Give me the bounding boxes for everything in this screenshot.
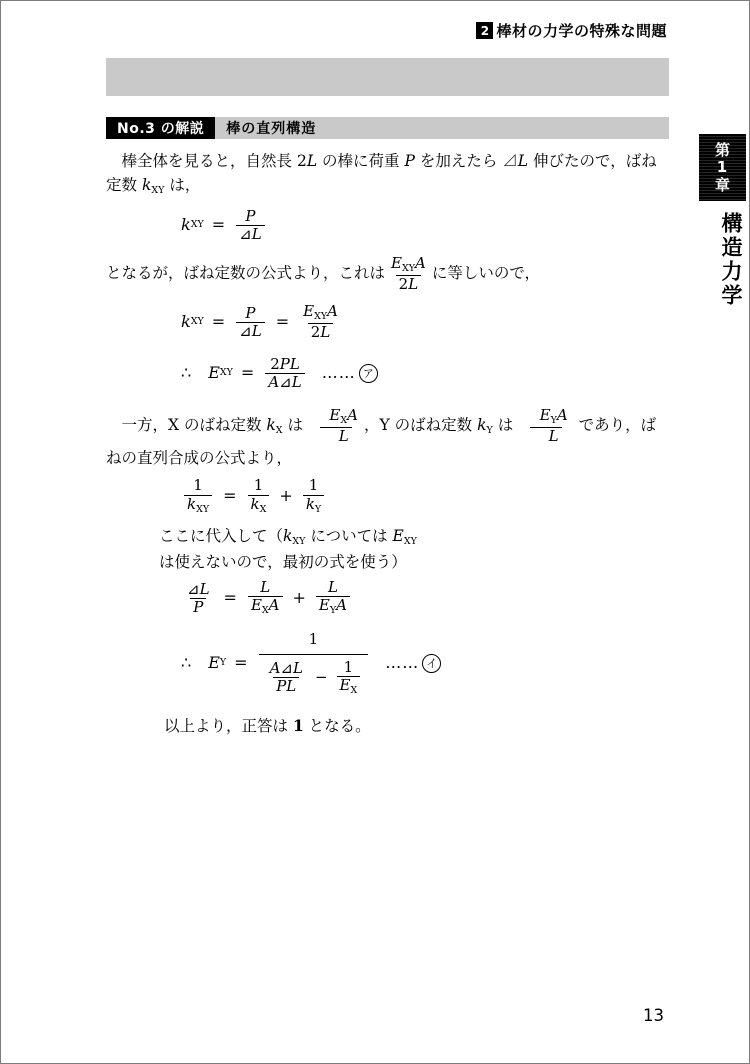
math-var: A [269, 596, 280, 614]
text-run: は， [164, 176, 200, 194]
text-run: に等しいので， [432, 264, 540, 282]
math-var: k [266, 416, 275, 434]
math-var: L [307, 152, 317, 170]
math-var: L [408, 275, 418, 293]
text-run: となる。 [304, 717, 371, 735]
fraction: 1 kXY [184, 477, 212, 515]
math-subscript: XY [220, 366, 233, 381]
circled-label-i: イ [422, 654, 441, 673]
paragraph-spring-formula: となるが，ばね定数の公式より，これはEXYA2Lに等しいので， [106, 254, 669, 294]
math-var: k [251, 495, 260, 513]
math-var: k [283, 527, 292, 545]
fraction-numerator: ⊿L [184, 581, 213, 598]
fraction-denominator: 2L [396, 275, 422, 293]
math-subscript: XY [314, 311, 327, 322]
therefore-symbol: ∴ [181, 361, 191, 386]
math-subscript: XY [151, 185, 164, 196]
fraction-denominator: A⊿L PL − 1 EX [259, 654, 369, 698]
subject-vertical-label: 構造力学 [699, 205, 746, 315]
delta-symbol: ⊿ [279, 373, 292, 391]
formula-ey-result: ∴ EY = 1 A⊿L PL − 1 EX …… イ [181, 628, 669, 697]
fraction: 2PL A⊿L [265, 356, 304, 392]
plus-sign: + [293, 586, 306, 611]
math-subscript: X [350, 685, 357, 696]
fraction-numerator: A⊿L [267, 660, 306, 677]
fraction-numerator: P [242, 305, 258, 322]
circled-label-a: ア [359, 364, 378, 383]
fraction-numerator: EXYA [388, 255, 429, 275]
fraction-denominator: EX [337, 676, 361, 697]
fraction-numerator: 1 [190, 477, 206, 494]
math-subscript: X [276, 425, 283, 436]
fraction: ⊿L P [184, 581, 213, 617]
running-header: 2 棒材の力学の特殊な問題 [476, 20, 667, 41]
delta-symbol: ⊿ [187, 580, 200, 598]
fraction-denominator: A⊿L [265, 373, 304, 391]
text-run: は [493, 416, 518, 434]
delta-symbol: ⊿ [239, 322, 252, 340]
fraction-numerator: EYA [521, 407, 571, 427]
math-var: L [252, 225, 262, 243]
math-var: L [292, 373, 302, 391]
fraction: L EYA [316, 579, 350, 617]
delta-symbol: ⊿ [502, 152, 518, 170]
math-var: E [329, 406, 340, 424]
running-header-title: 棒材の力学の特殊な問題 [496, 20, 667, 41]
fraction-denominator: EYA [316, 596, 350, 617]
formula-kxy-equality: kXY = P ⊿L = EXYA 2L [181, 302, 669, 342]
fraction: 1 kY [303, 477, 324, 515]
fraction-numerator: EXA [311, 407, 361, 427]
math-var: A [336, 596, 347, 614]
correct-answer-number: 1 [293, 716, 304, 735]
math-var: A [415, 254, 426, 272]
formula-substituted: ⊿L P = L EXA + L EYA [181, 578, 669, 618]
chapter-tab: 第1章 [699, 134, 746, 201]
fraction-denominator: 2L [308, 323, 334, 341]
formula-exy-result: ∴ EXY = 2PL A⊿L …… ア [181, 355, 669, 393]
math-var: E [340, 676, 351, 694]
math-var: E [391, 254, 402, 272]
math-var: E [303, 302, 314, 320]
equals-sign: = [212, 310, 225, 335]
paragraph-substitution-note: ここに代入して（kXY については EXY は使えないので，最初の式を使う） [159, 524, 669, 574]
fraction-numerator: 1 [305, 628, 323, 653]
math-var: A [270, 659, 281, 677]
math-subscript: X [260, 504, 267, 515]
math-subscript: XY [402, 263, 415, 274]
fraction-denominator: PL [273, 677, 299, 695]
math-var: k [181, 213, 191, 238]
fraction: EYAL [521, 407, 571, 445]
plus-sign: + [279, 484, 292, 509]
fraction: EXYA 2L [300, 303, 341, 341]
math-var: k [142, 176, 151, 194]
delta-symbol: ⊿ [280, 659, 293, 677]
text-run: となるが，ばね定数の公式より，これは [106, 264, 385, 282]
math-var: L [518, 152, 528, 170]
fraction-denominator: ⊿L [236, 322, 265, 340]
text-run: は使えないので，最初の式を使う） [159, 553, 407, 571]
therefore-symbol: ∴ [181, 651, 191, 676]
paragraph-intro: 棒全体を見ると，自然長 2L の棒に荷重 P を加えたら ⊿L 伸びたので，ばね… [106, 149, 669, 199]
math-var: k [187, 495, 196, 513]
section-number-badge: 2 [476, 22, 493, 39]
math-number: 2 [399, 275, 409, 293]
solution-body: 棒全体を見ると，自然長 2L の棒に荷重 P を加えたら ⊿L 伸びたので，ばね… [106, 149, 669, 738]
math-var: E [251, 596, 262, 614]
paragraph-conclusion: 以上より，正答は 1 となる。 [164, 714, 669, 738]
fraction-denominator: EXA [248, 596, 283, 617]
fraction-numerator: 1 [306, 477, 322, 494]
fraction: P ⊿L [236, 305, 265, 341]
math-var: L [293, 659, 303, 677]
equals-sign: = [224, 586, 237, 611]
fraction-denominator: L [320, 427, 351, 445]
math-var: L [200, 580, 210, 598]
page-number: 13 [643, 1006, 664, 1025]
fraction-denominator: kX [248, 495, 270, 516]
paragraph-series-springs: 一方，X のばね定数 kX は EXAL，Y のばね定数 kY は EYAL で… [106, 406, 669, 470]
text-run: 以上より，正答は [164, 717, 293, 735]
math-var: PL [280, 355, 300, 373]
fraction-numerator: 2PL [267, 356, 303, 373]
math-var: E [319, 596, 330, 614]
equals-sign: = [234, 651, 247, 676]
math-subscript: X [262, 605, 269, 616]
textbook-page: 2 棒材の力学の特殊な問題 No.3 の解説 棒の直列構造 棒全体を見ると，自然… [0, 0, 750, 1064]
math-subscript: Y [315, 504, 321, 515]
problem-placeholder-bar [106, 58, 669, 96]
fraction: EXAL [311, 407, 361, 445]
text-run: の棒に荷重 [317, 152, 404, 170]
math-var: E [208, 651, 220, 676]
fraction-numerator: 1 [341, 659, 357, 676]
fraction: 1 kX [248, 477, 270, 515]
fraction: EXYA2L [388, 255, 429, 293]
fraction-denominator: kXY [184, 495, 212, 516]
equals-sign: = [241, 361, 254, 386]
math-subscript: Y [220, 656, 226, 671]
math-var: L [252, 322, 262, 340]
math-var: A [557, 406, 568, 424]
text-run: は [283, 416, 308, 434]
fraction-denominator: P [190, 598, 206, 616]
fraction-numerator: EXYA [300, 303, 341, 323]
math-subscript: XY [404, 536, 417, 547]
solution-number-badge: No.3 の解説 [106, 117, 215, 139]
text-run: を加えたら [415, 152, 502, 170]
math-var: k [181, 310, 191, 335]
fraction-numerator: L [257, 579, 273, 596]
text-run: については [305, 527, 392, 545]
math-subscript: XY [191, 315, 204, 330]
leader-dots: …… [385, 651, 419, 676]
fraction-denominator: kY [303, 495, 324, 516]
fraction: 1 EX [337, 659, 361, 697]
leader-dots: …… [322, 361, 356, 386]
math-var: k [306, 495, 315, 513]
math-var: E [208, 361, 220, 386]
minus-sign: − [315, 666, 328, 689]
text-run: ここに代入して（ [159, 527, 283, 545]
math-var: A [268, 373, 279, 391]
fraction-numerator: L [325, 579, 341, 596]
math-subscript: XY [292, 536, 305, 547]
math-var: E [393, 527, 404, 545]
text-run: ，Y のばね定数 [364, 416, 477, 434]
formula-series-composition: 1 kXY = 1 kX + 1 kY [181, 476, 669, 516]
fraction: L EXA [248, 579, 283, 617]
math-var: A [327, 302, 338, 320]
math-subscript: XY [191, 218, 204, 233]
solution-title: 棒の直列構造 [215, 117, 316, 139]
fraction-denominator: L [530, 427, 561, 445]
nested-fraction: 1 A⊿L PL − 1 EX [259, 628, 369, 697]
solution-section-bar: No.3 の解説 棒の直列構造 [106, 117, 669, 139]
fraction-denominator: ⊿L [236, 225, 265, 243]
math-number: 2 [270, 355, 280, 373]
fraction: P ⊿L [236, 208, 265, 244]
equals-sign: = [212, 213, 225, 238]
math-var: A [347, 406, 358, 424]
math-subscript: XY [196, 504, 209, 515]
equals-sign: = [276, 310, 289, 335]
delta-symbol: ⊿ [239, 225, 252, 243]
text-run: 一方，X のばね定数 [122, 416, 267, 434]
math-var: P [404, 152, 414, 170]
text-run: 棒全体を見ると，自然長 [122, 152, 297, 170]
fraction-numerator: P [242, 208, 258, 225]
math-number: 2 [297, 152, 307, 170]
math-var: E [540, 406, 551, 424]
formula-kxy-definition: kXY = P ⊿L [181, 207, 669, 245]
fraction-numerator: 1 [251, 477, 267, 494]
math-number: 2 [311, 323, 321, 341]
fraction: A⊿L PL [267, 660, 306, 696]
math-var: L [320, 323, 330, 341]
equals-sign: = [223, 484, 236, 509]
